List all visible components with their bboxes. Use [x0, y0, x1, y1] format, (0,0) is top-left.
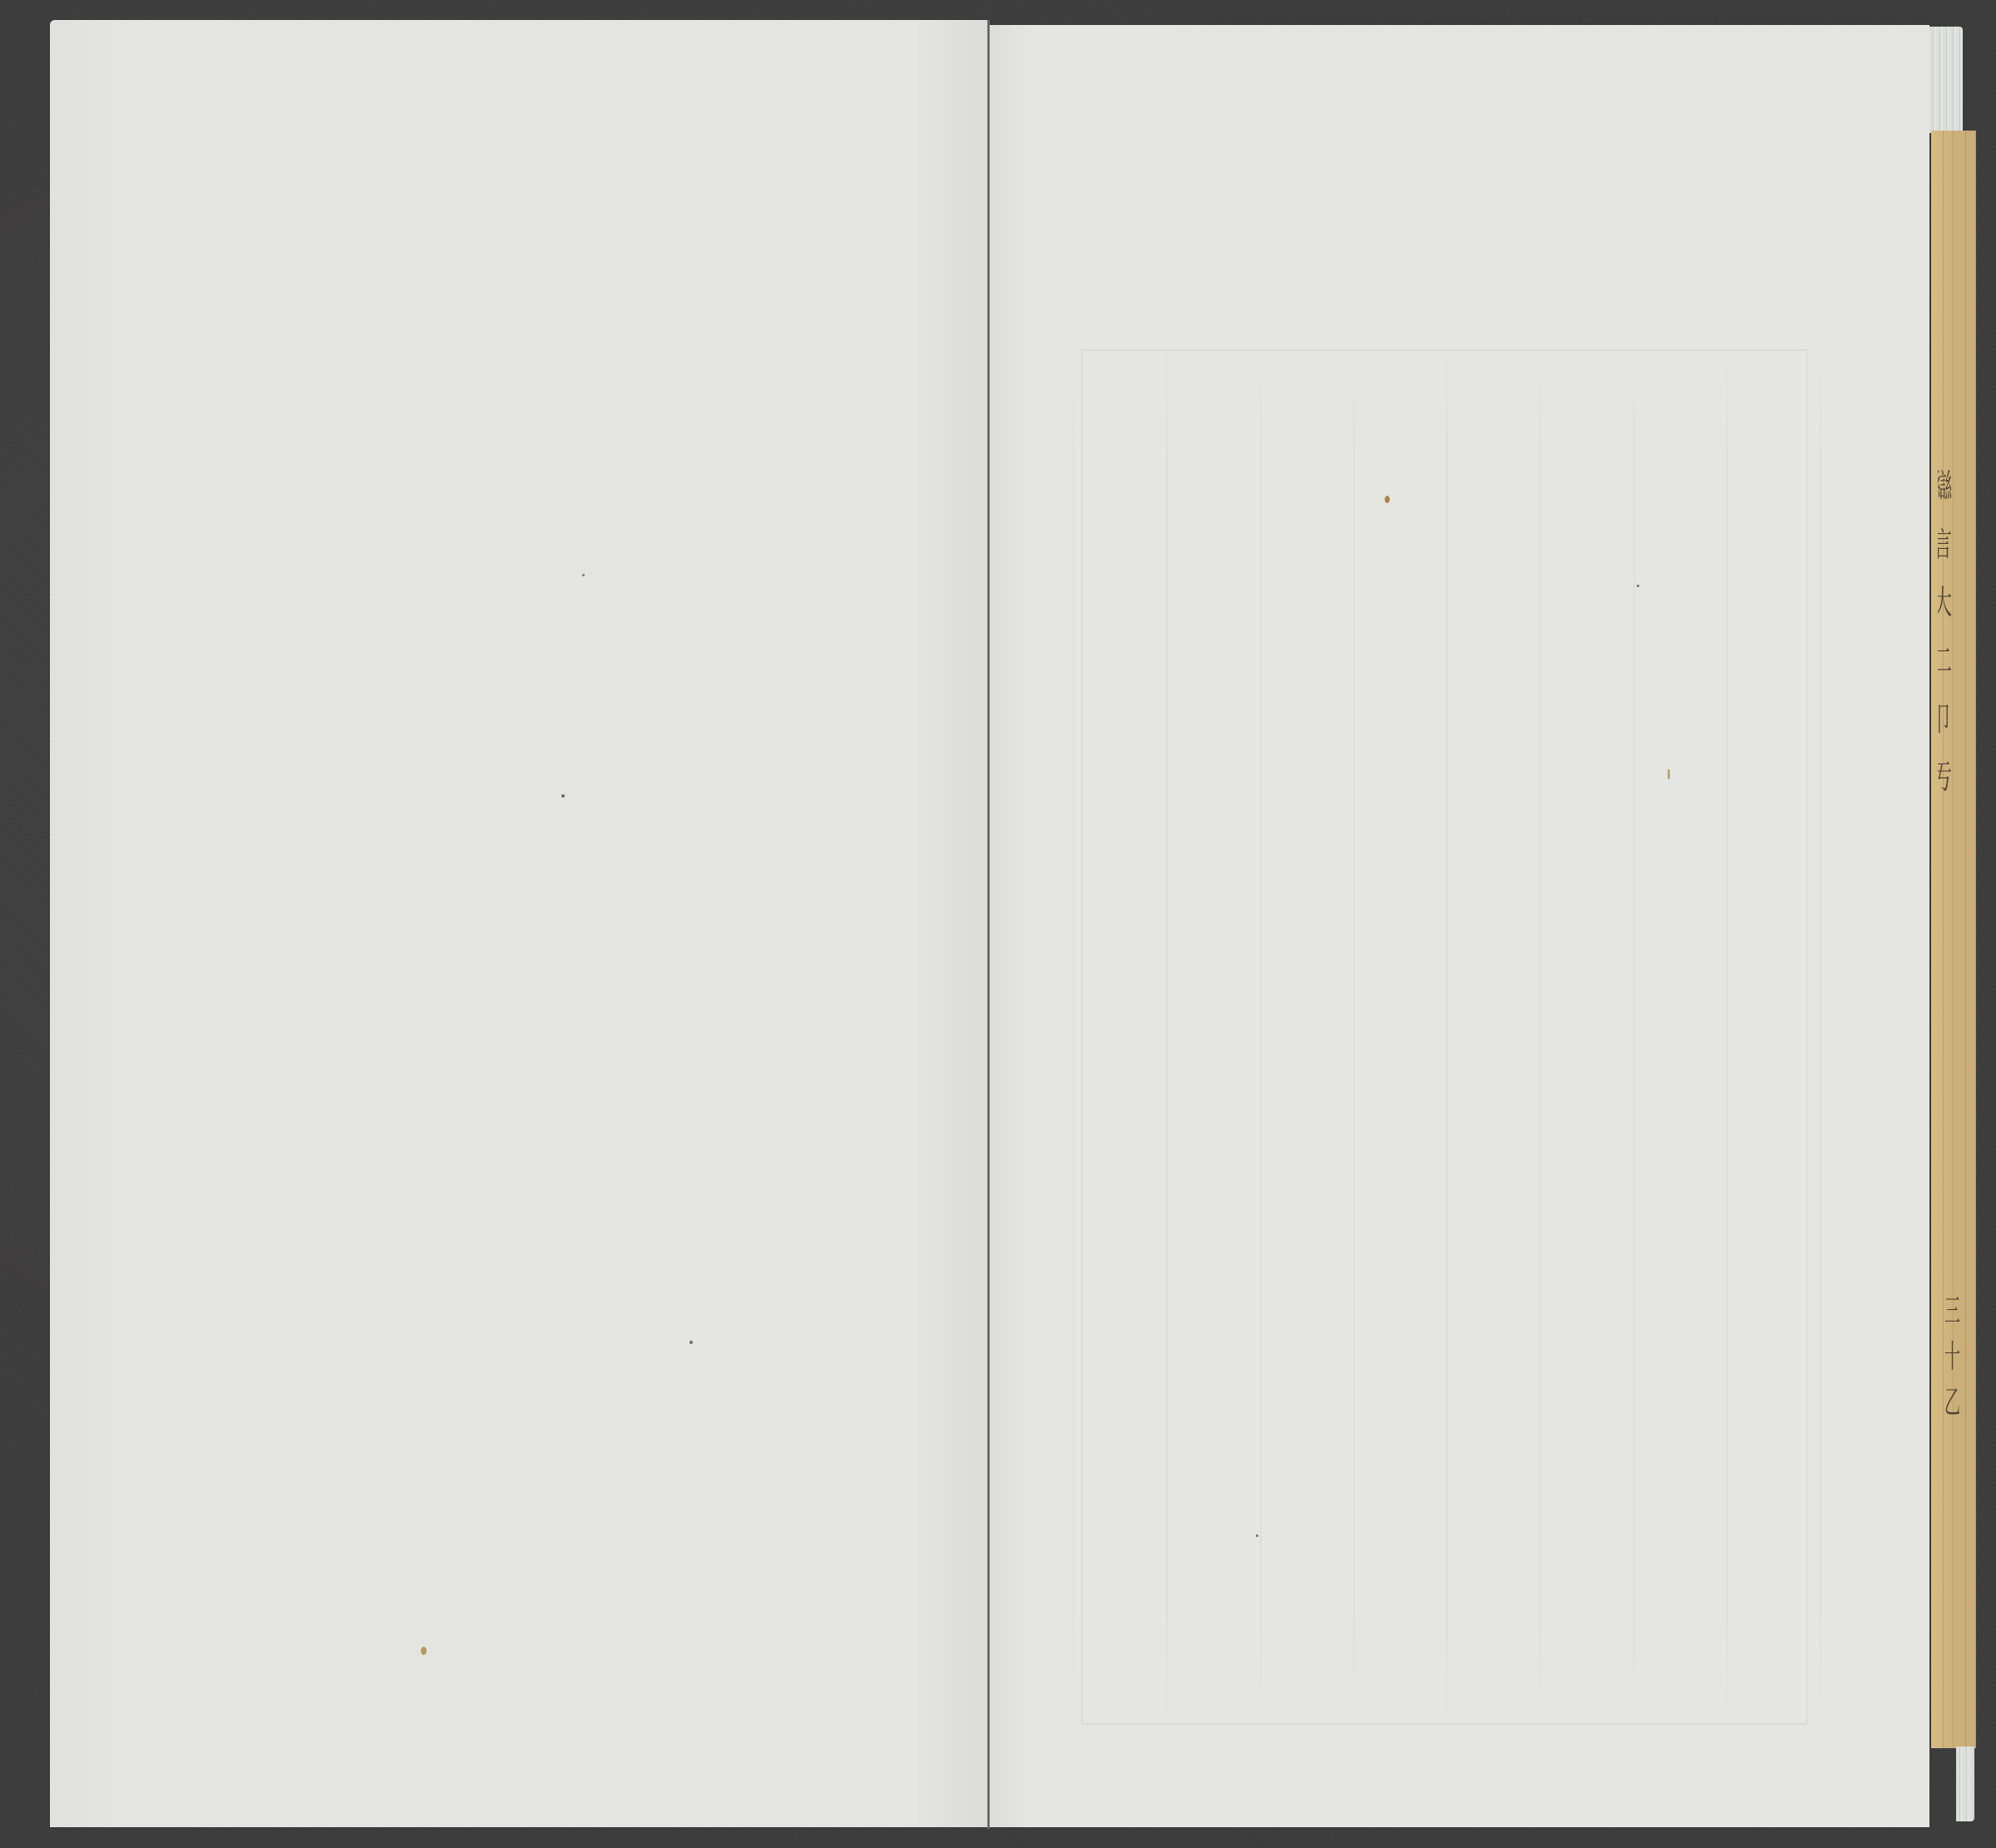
paper-speck: [1385, 496, 1390, 503]
show-through-columns: [1073, 349, 1821, 1722]
edge-char: 十: [1944, 1331, 1957, 1376]
ghost-column-line: [1727, 349, 1728, 1722]
page-stack-bottom: [1956, 1747, 1974, 1821]
edge-char: 亐: [1938, 761, 1952, 794]
fore-edge-characters-upper: 䜌 言 大 二 卩 亐: [1938, 470, 1963, 794]
edge-char: 大: [1938, 586, 1952, 620]
fore-edge-characters-lower: 三 十 乙: [1944, 1285, 1969, 1422]
paper-speck: [1256, 1534, 1258, 1537]
ghost-column-line: [1166, 349, 1168, 1722]
ghost-column-line: [1633, 349, 1635, 1722]
paper-speck: [1637, 585, 1639, 587]
ghost-column-line: [1073, 349, 1075, 1722]
paper-speck: [421, 1647, 427, 1655]
ghost-column-line: [1446, 349, 1448, 1722]
edge-char: 卩: [1938, 703, 1952, 736]
paper-speck: [561, 794, 565, 798]
paper-speck: [1667, 769, 1670, 779]
aged-fore-edge: [1931, 131, 1976, 1748]
ghost-column-line: [1539, 349, 1541, 1722]
paper-speck: [582, 574, 585, 576]
page-stack-top: [1929, 27, 1963, 133]
ghost-column-line: [1820, 349, 1821, 1722]
edge-char: 三: [1944, 1285, 1957, 1331]
ghost-column-line: [1260, 349, 1262, 1722]
left-page: [50, 20, 988, 1827]
edge-char: 二: [1938, 645, 1952, 678]
paper-speck: [689, 1341, 693, 1344]
ghost-column-line: [1353, 349, 1355, 1722]
edge-char: 乙: [1944, 1376, 1957, 1422]
edge-char: 䜌: [1938, 470, 1952, 503]
book-spine-gutter: [987, 20, 990, 1829]
edge-char: 言: [1938, 528, 1952, 561]
